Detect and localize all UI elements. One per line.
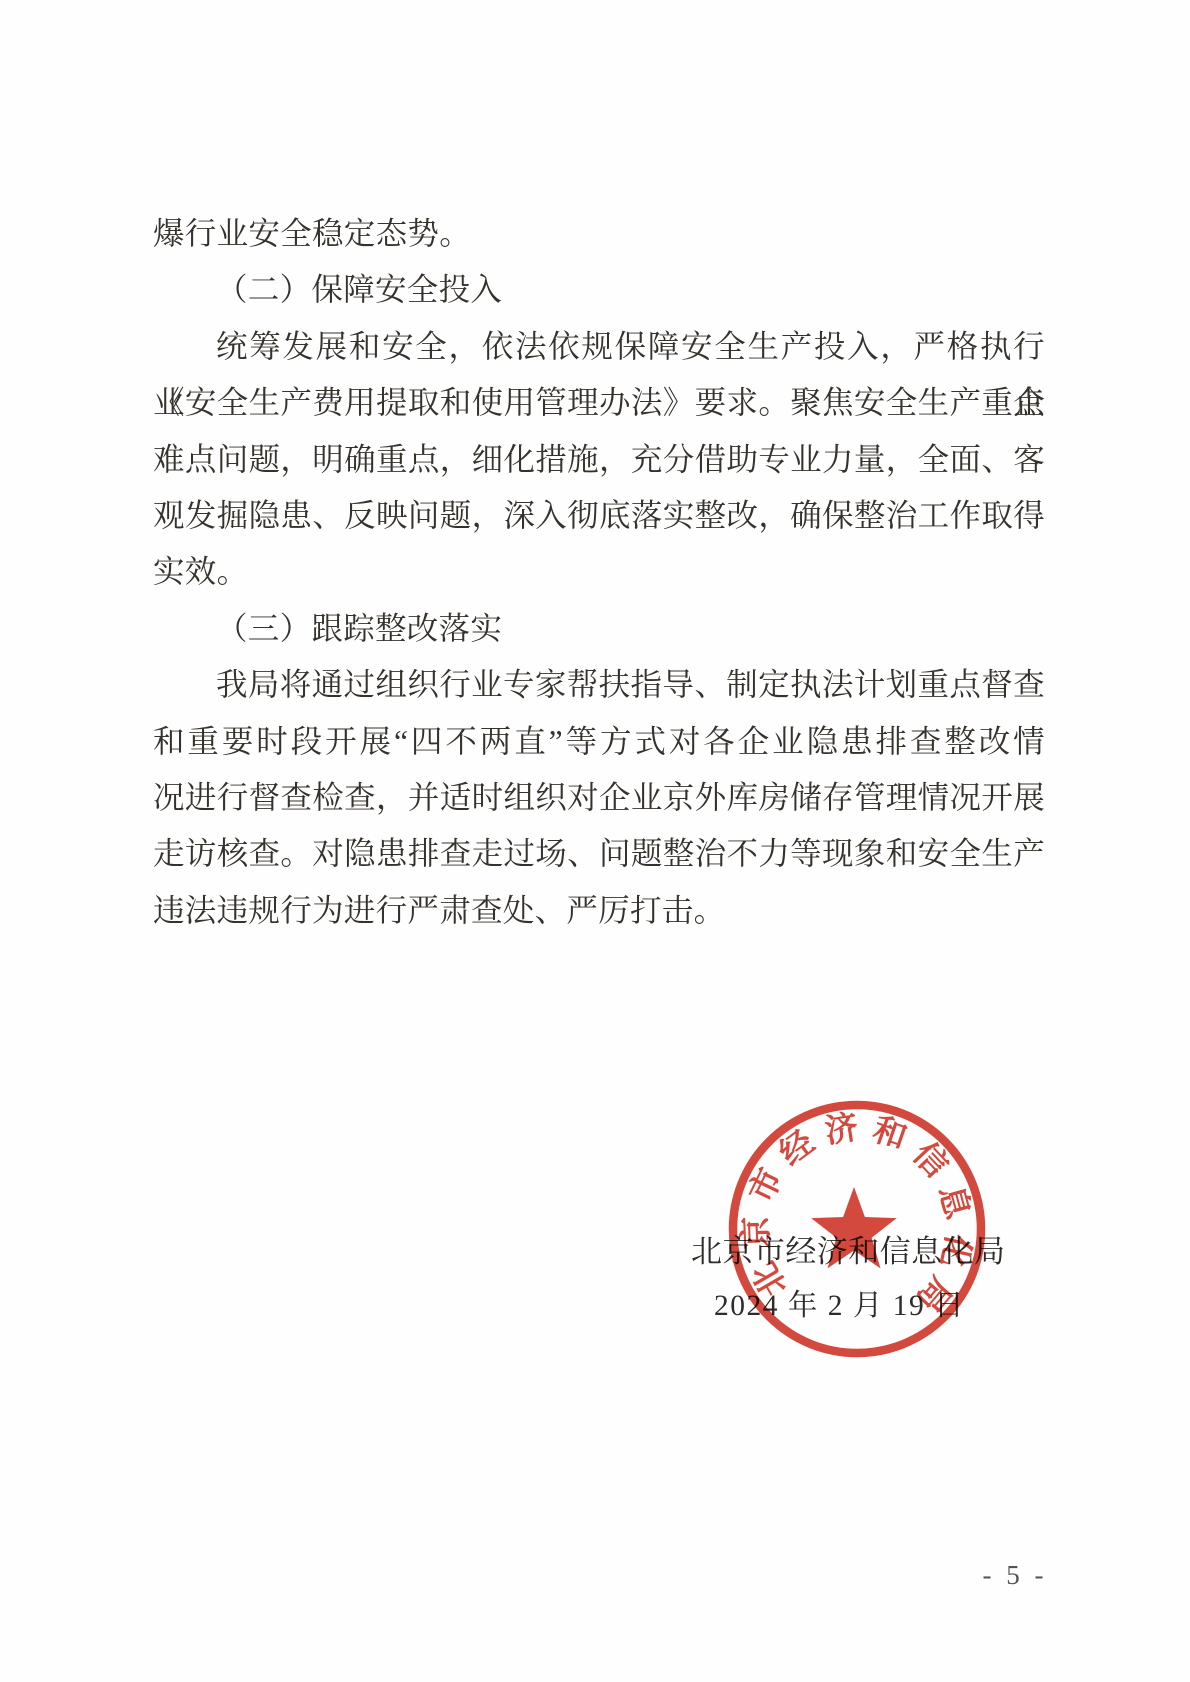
text-line: 爆行业安全稳定态势。 (153, 206, 1045, 262)
seal-char: 化 (934, 1230, 977, 1271)
page-number: - 5 - (960, 1560, 1070, 1591)
document-body: 爆行业安全稳定态势。（二）保障安全投入统筹发展和安全，依法依规保障安全生产投入，… (153, 206, 1045, 939)
text-line: 难点问题，明确重点，细化措施，充分借助专业力量，全面、客 (153, 432, 1045, 488)
official-seal: 北京市经济和信息化局 (721, 1093, 993, 1365)
seal-char: 济 (822, 1109, 860, 1151)
text-line: （二）保障安全投入 (153, 262, 1045, 318)
star-icon (811, 1187, 897, 1268)
text-line: 违法违规行为进行严肃查处、严厉打击。 (153, 883, 1045, 939)
text-line: 我局将通过组织行业专家帮扶指导、制定执法计划重点督查 (153, 657, 1045, 713)
text-line: （三）跟踪整改落实 (153, 601, 1045, 657)
document-page: 爆行业安全稳定态势。（二）保障安全投入统筹发展和安全，依法依规保障安全生产投入，… (0, 0, 1190, 1682)
text-line: 实效。 (153, 544, 1045, 600)
text-line: 况进行督查检查，并适时组织对企业京外库房储存管理情况开展 (153, 770, 1045, 826)
text-line: 观发掘隐患、反映问题，深入彻底落实整改，确保整治工作取得 (153, 488, 1045, 544)
text-line: 走访核查。对隐患排查走过场、问题整治不力等现象和安全生产 (153, 826, 1045, 882)
text-line: 统筹发展和安全，依法依规保障安全生产投入，严格执行《企 (153, 319, 1045, 375)
text-line: 和重要时段开展“四不两直”等方式对各企业隐患排查整改情 (153, 714, 1045, 770)
seal-char: 京 (737, 1216, 775, 1250)
text-line: 业安全生产费用提取和使用管理办法》要求。聚焦安全生产重点 (153, 375, 1045, 431)
